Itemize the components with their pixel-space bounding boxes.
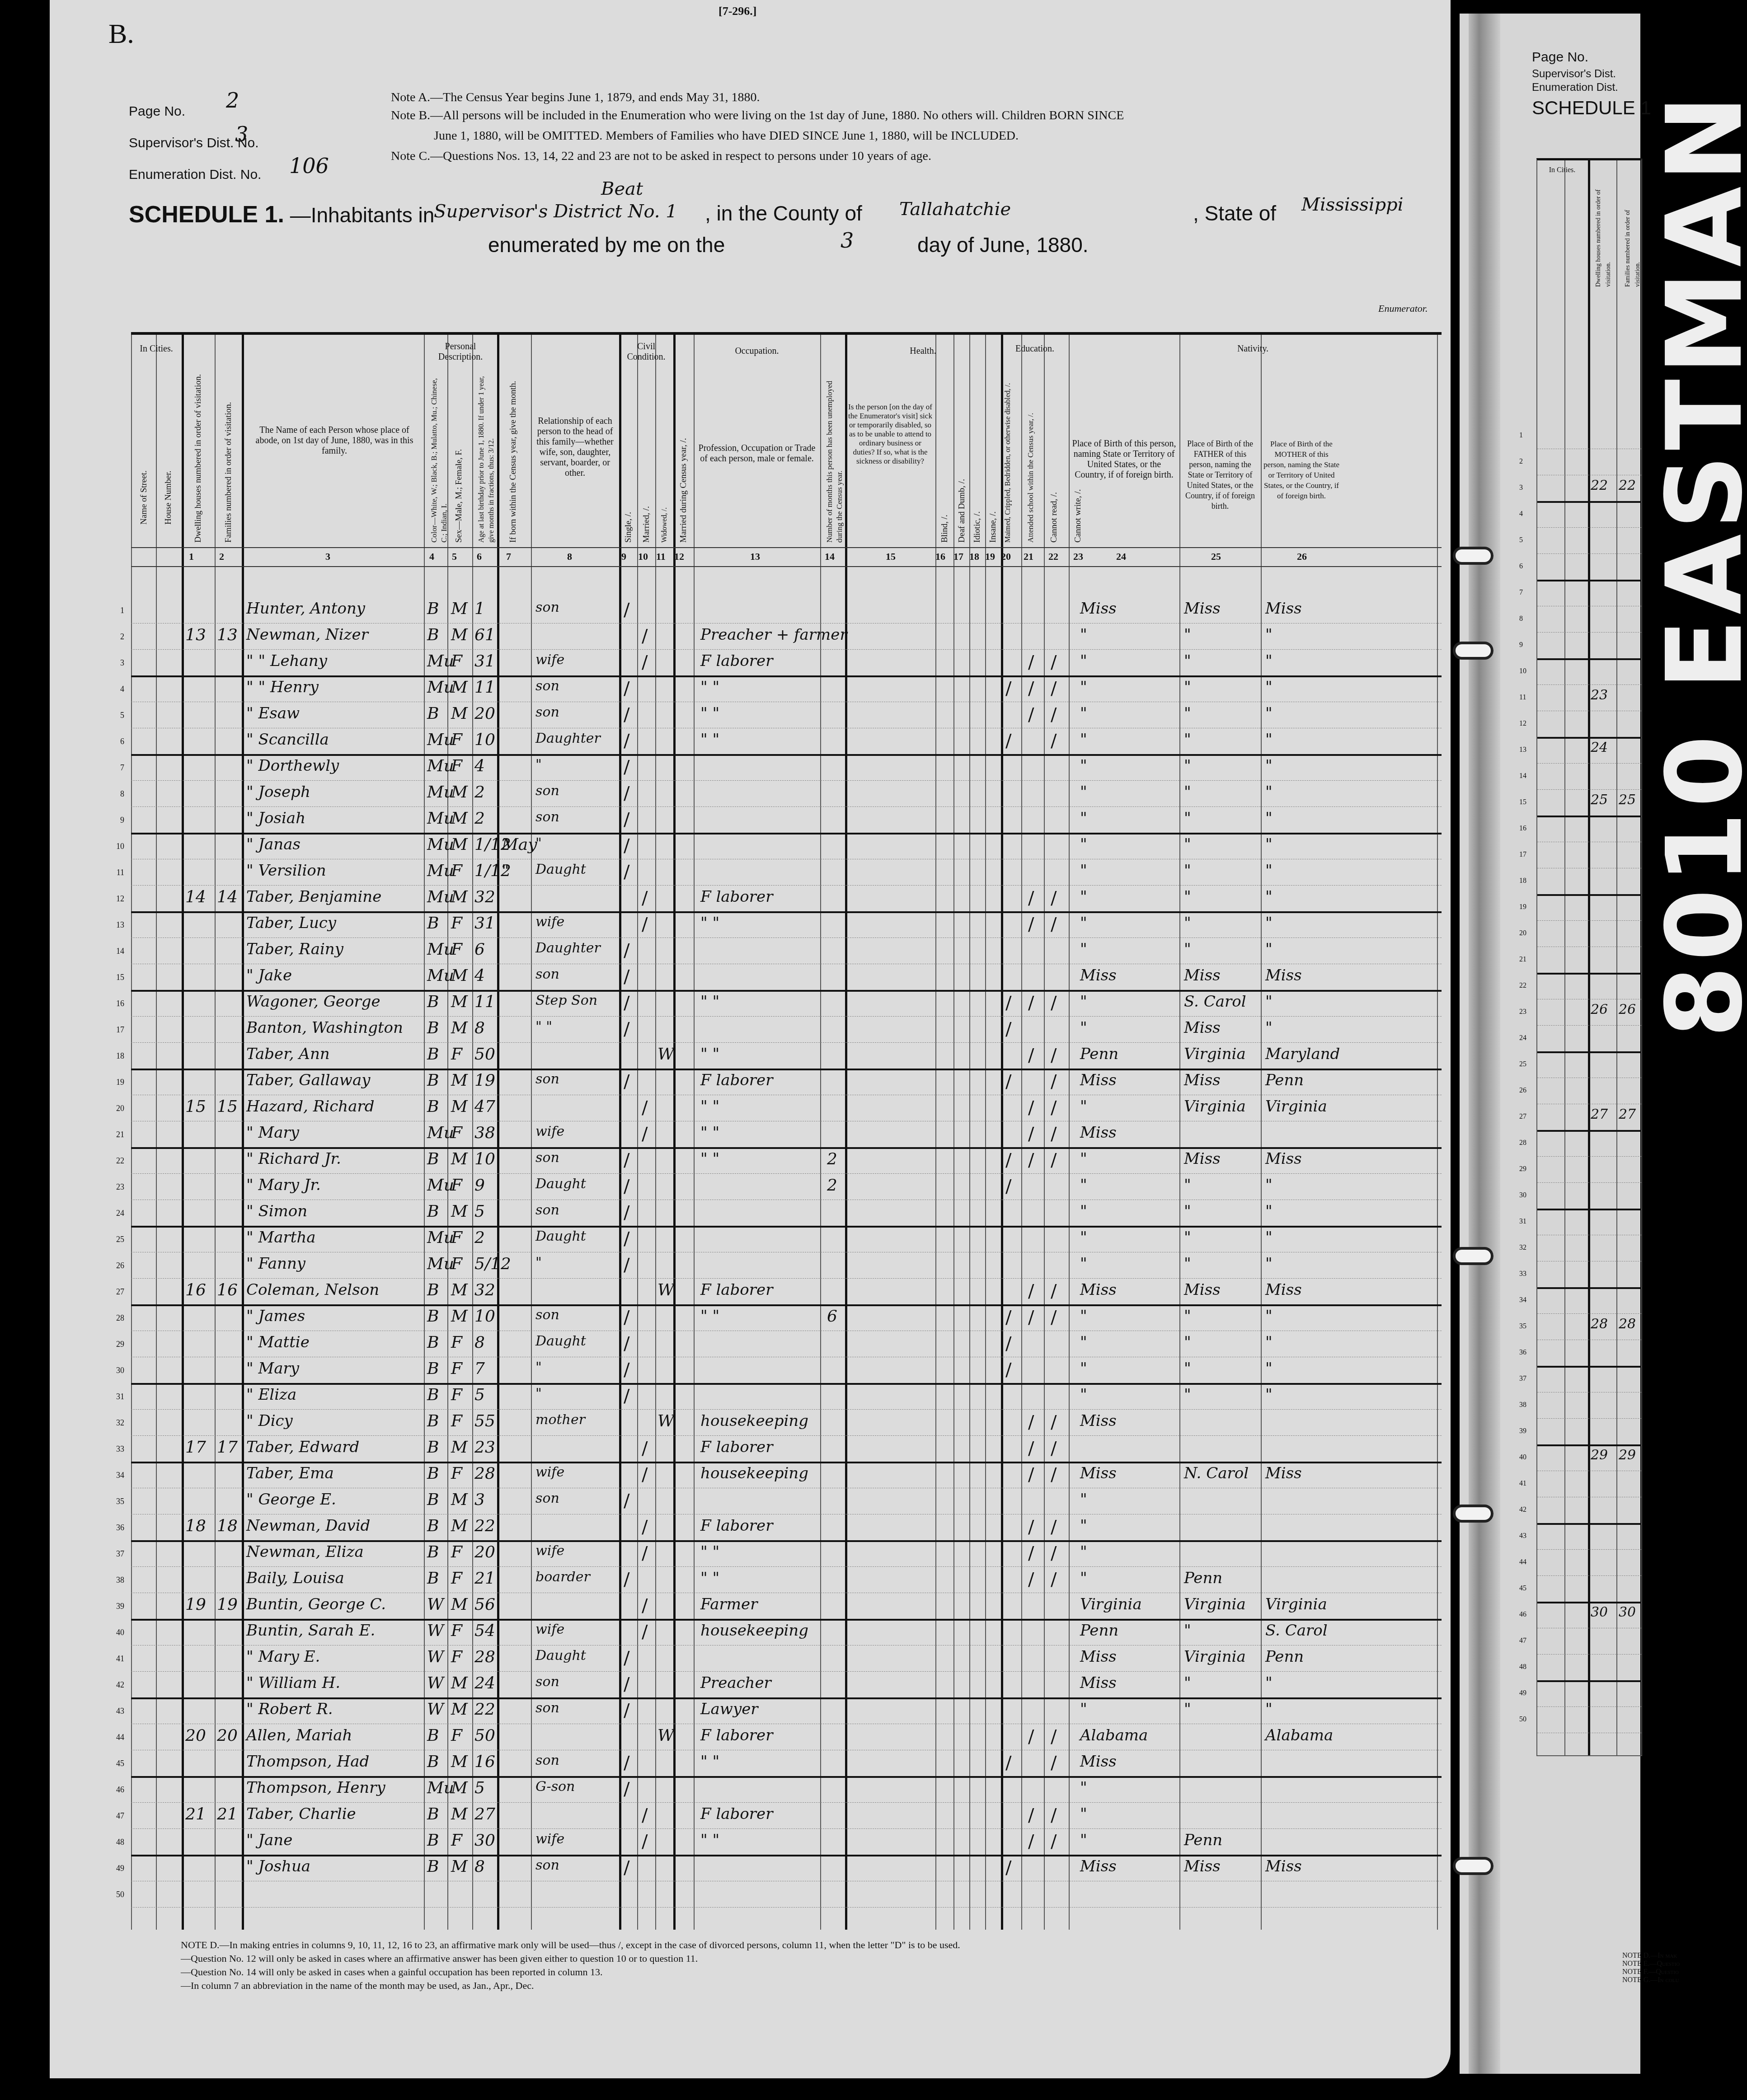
cell-dwelling: 13 (185, 626, 206, 644)
cell-age: 19 (474, 1071, 495, 1090)
table-row: 5" EsawBM20son/" "//""" (131, 702, 1442, 728)
cell-sex: F (451, 940, 462, 959)
cell-name: " Scancilla (246, 731, 329, 749)
facing-dwelling-value: 23 (1591, 687, 1608, 703)
line-number: 15 (111, 973, 124, 982)
cell-father: Miss (1184, 1150, 1221, 1168)
cell-widowed: W (657, 1726, 674, 1745)
cell-mother: Virginia (1265, 1595, 1327, 1613)
header-house-number: House Number. (164, 416, 174, 525)
cell-name: " Robert R. (246, 1700, 333, 1718)
cell-mother: Penn (1265, 1071, 1304, 1089)
facing-table-row: 352828 (1537, 1313, 1641, 1340)
cell-school: / (1005, 1753, 1011, 1773)
cell-color: W (427, 1674, 444, 1692)
cell-mother: " (1265, 652, 1273, 670)
line-number: 21 (111, 1130, 124, 1139)
header-occupation: Occupation. (694, 346, 820, 356)
line-number: 34 (111, 1471, 124, 1480)
cell-name: " " Lehany (246, 652, 327, 670)
cell-single: / (624, 600, 629, 620)
facing-page-no-label: Page No. (1532, 50, 1588, 65)
table-row: 391919Buntin, George C.WM56/FarmerVirgin… (131, 1593, 1442, 1621)
facing-family-value: 22 (1619, 478, 1636, 493)
cell-read: / (1028, 1569, 1034, 1590)
cell-birth: " (1080, 888, 1087, 906)
cell-name: " Dicy (246, 1412, 293, 1430)
cell-age: 6 (474, 940, 485, 959)
note-d: NOTE D.—In making entries in columns 9, … (181, 1938, 960, 1952)
cell-name: " Richard Jr. (246, 1150, 341, 1168)
enumerator-label: Enumerator. (1378, 303, 1428, 314)
cell-read: / (1028, 1438, 1034, 1459)
cell-occupation: " " (700, 1753, 719, 1771)
table-row: 23" Mary Jr.MuF9Daught/2/""" (131, 1173, 1442, 1200)
facing-table-row: 4 (1537, 501, 1641, 528)
cell-name: Taber, Charlie (246, 1805, 356, 1823)
cell-father: Miss (1184, 1281, 1221, 1299)
cell-age: 8 (474, 1857, 485, 1876)
cell-age: 50 (474, 1726, 495, 1745)
cell-write: / (1051, 1071, 1057, 1092)
cell-relation: wife (535, 1622, 564, 1637)
cell-sex: F (451, 914, 462, 933)
cell-sex: M (451, 1857, 468, 1876)
state-label: , State of (1193, 201, 1276, 225)
column-number: 19 (985, 551, 995, 562)
cell-write: / (1051, 1438, 1057, 1459)
cell-father: " (1184, 1700, 1191, 1718)
header-deaf-dumb: Deaf and Dumb, /. (957, 448, 967, 543)
cell-color: B (427, 1045, 439, 1064)
cell-sex: F (451, 1228, 462, 1247)
cell-name: Newman, David (246, 1517, 370, 1535)
cell-age: 61 (474, 626, 495, 644)
cell-color: B (427, 1019, 439, 1037)
census-table: In Cities. Name of Street. House Number.… (131, 332, 1442, 1930)
cell-single: / (624, 1071, 629, 1092)
facing-table-row: 31 (1537, 1209, 1641, 1235)
cell-mother: " (1265, 757, 1273, 775)
enumeration-dist-value: 106 (289, 154, 329, 178)
cell-read: / (1028, 1045, 1034, 1066)
cell-write: / (1051, 888, 1057, 909)
cell-birth: " (1080, 1543, 1087, 1561)
cell-father: " (1184, 626, 1191, 644)
note-c: Note C.—Questions Nos. 13, 14, 22 and 23… (391, 149, 931, 164)
cell-birth: " (1080, 1700, 1087, 1718)
inhabitants-correction: Beat (601, 178, 643, 199)
cell-school: / (1005, 731, 1011, 751)
line-number: 50 (111, 1890, 124, 1899)
cell-sex: M (451, 1753, 468, 1771)
cell-birth: Miss (1080, 1124, 1117, 1142)
cell-birth: " (1080, 1386, 1087, 1404)
cell-dwelling: 15 (185, 1097, 206, 1116)
cell-age: 56 (474, 1595, 495, 1614)
cell-color: B (427, 626, 439, 644)
cell-write: / (1051, 1805, 1057, 1826)
cell-relation: wife (535, 1831, 564, 1847)
cell-occupation: " " (700, 704, 719, 722)
cell-mother: Virginia (1265, 1097, 1327, 1116)
cell-name: Banton, Washington (246, 1019, 403, 1037)
line-number: 9 (111, 816, 124, 825)
cell-father: " (1184, 731, 1191, 749)
cell-name: " Jane (246, 1831, 292, 1849)
table-row: 40Buntin, Sarah E.WF54wife/housekeepingP… (131, 1619, 1442, 1645)
cell-write: / (1051, 1097, 1057, 1118)
table-row: 271616Coleman, NelsonBM32WF laborer//Mis… (131, 1278, 1442, 1306)
binding-ring-icon (1453, 1857, 1493, 1875)
cell-family: 14 (217, 888, 238, 906)
cell-occupation: F laborer (700, 1726, 773, 1744)
cell-married: / (642, 1543, 648, 1564)
cell-father: " (1184, 678, 1191, 696)
cell-mother: " (1265, 678, 1273, 696)
facing-table-row: 29 (1537, 1156, 1641, 1183)
table-row: 26" FannyMuF5/12"/""" (131, 1252, 1442, 1279)
cell-relation: " " (535, 1019, 552, 1035)
cell-single: / (624, 783, 629, 804)
line-number: 12 (111, 894, 124, 904)
cell-single: / (624, 862, 629, 882)
cell-sex: M (451, 888, 468, 906)
cell-age: 22 (474, 1517, 495, 1535)
cell-name: Newman, Eliza (246, 1543, 364, 1561)
cell-write: / (1051, 652, 1057, 673)
column-number: 5 (452, 551, 457, 562)
cell-name: " Mary E. (246, 1648, 320, 1666)
cell-age: 3 (474, 1491, 485, 1509)
cell-relation: son (535, 1150, 559, 1166)
table-row: 8" JosephMuM2son/""" (131, 780, 1442, 807)
cell-birth: " (1080, 1097, 1087, 1116)
cell-sex: F (451, 1333, 462, 1352)
cell-relation: son (535, 1071, 559, 1087)
table-row: 17Banton, WashingtonBM8" "//"Miss" (131, 1016, 1442, 1043)
cell-occupation: F laborer (700, 1281, 773, 1299)
cell-name: " Versilion (246, 862, 326, 880)
cell-occupation: " " (700, 1124, 719, 1142)
line-number: 18 (111, 1051, 124, 1061)
inhabitants-label: —Inhabitants in (290, 203, 435, 227)
facing-family-value: 26 (1619, 1002, 1636, 1017)
binding-ring-icon (1453, 547, 1493, 565)
header-months-unemployed: Number of months this person has been un… (825, 362, 845, 543)
cell-relation: son (535, 966, 559, 982)
line-number: 8 (111, 789, 124, 799)
header-name: The Name of each Person whose place of a… (253, 425, 416, 456)
facing-table-row: 50 (1537, 1706, 1641, 1733)
note-a: Note A.—The Census Year begins June 1, 1… (391, 90, 760, 105)
facing-table-row: 463030 (1537, 1602, 1641, 1628)
note-f: —Question No. 14 will only be asked in c… (181, 1965, 960, 1979)
cell-mother: " (1265, 1333, 1273, 1351)
header-color: Color—White, W.; Black, B.; Mulatto, Mu.… (429, 371, 449, 543)
cell-write: / (1051, 1124, 1057, 1144)
form-number: [7-296.] (719, 5, 756, 18)
cell-name: " Dorthewly (246, 757, 339, 775)
inhabitants-value: Supervisor's District No. 1 (434, 201, 677, 222)
cell-color: B (427, 993, 439, 1011)
table-row: 201515Hazard, RichardBM47/" "//"Virginia… (131, 1095, 1442, 1121)
line-number: 28 (111, 1313, 124, 1323)
cell-relation: Daughter (535, 731, 601, 746)
binding-ring-icon (1453, 1247, 1493, 1265)
cell-mother: " (1265, 1176, 1273, 1194)
cell-single: / (624, 1491, 629, 1511)
cell-married: / (642, 914, 648, 935)
cell-relation: " (535, 1359, 542, 1375)
cell-father: Virginia (1184, 1045, 1246, 1063)
cell-color: B (427, 1543, 439, 1561)
cell-occupation: F laborer (700, 1438, 773, 1456)
line-number: 31 (111, 1392, 124, 1402)
cell-color: Mu (427, 888, 454, 906)
cell-read: / (1028, 993, 1034, 1013)
table-row: 49" JoshuaBM8son//MissMissMiss (131, 1855, 1442, 1881)
cell-color: W (427, 1595, 444, 1614)
enumerated-day: 3 (841, 228, 854, 253)
cell-sex: M (451, 1674, 468, 1692)
cell-write: / (1051, 1569, 1057, 1590)
cell-widowed: W (657, 1281, 674, 1299)
cell-mother: " (1265, 704, 1273, 722)
column-number: 9 (621, 551, 626, 562)
facing-table-row: 1 (1537, 422, 1641, 449)
line-number: 4 (111, 684, 124, 694)
cell-single: / (624, 1700, 629, 1721)
cell-read: / (1028, 914, 1034, 935)
cell-father: " (1184, 1255, 1191, 1273)
cell-birth: " (1080, 678, 1087, 696)
cell-occupation: housekeeping (700, 1622, 808, 1640)
cell-birth: " (1080, 1307, 1087, 1325)
table-row: 46Thompson, HenryMuM5G-son/" (131, 1776, 1442, 1803)
cell-single: / (624, 1779, 629, 1800)
cell-mother: Miss (1265, 1464, 1302, 1482)
cell-mother: " (1265, 809, 1273, 827)
cell-color: Mu (427, 678, 454, 697)
facing-table-row: 16 (1537, 816, 1641, 842)
header-education: Education. (1001, 344, 1069, 354)
cell-birth: " (1080, 1202, 1087, 1220)
cell-write: / (1051, 1150, 1057, 1171)
cell-family: 16 (217, 1281, 238, 1299)
cell-occupation: Lawyer (700, 1700, 758, 1718)
cell-color: B (427, 1569, 439, 1588)
line-number: 48 (111, 1837, 124, 1847)
cell-sex: F (451, 1831, 462, 1850)
cell-sex: M (451, 966, 468, 985)
cell-mother: " (1265, 1307, 1273, 1325)
cell-birth: Miss (1080, 1648, 1117, 1666)
cell-sex: F (451, 1464, 462, 1483)
header-married-during-year: Married during Census year, /. (679, 380, 689, 543)
cell-birth: Miss (1080, 1857, 1117, 1875)
cell-school: / (1005, 678, 1011, 699)
facing-dwelling-value: 24 (1591, 740, 1608, 755)
table-row: 16Wagoner, GeorgeBM11Step Son/" "///"S. … (131, 990, 1442, 1017)
cell-sex: F (451, 1045, 462, 1064)
cell-name: " William H. (246, 1674, 340, 1692)
table-row: 30" MaryBF7"//""" (131, 1357, 1442, 1385)
cell-write: / (1051, 993, 1057, 1013)
facing-table-row: 28 (1537, 1130, 1641, 1157)
cell-relation: son (535, 1857, 559, 1873)
cell-sex: M (451, 1202, 468, 1221)
cell-relation: son (535, 809, 559, 825)
cell-father: " (1184, 1622, 1191, 1640)
facing-dwelling-value: 29 (1591, 1447, 1608, 1463)
table-row: 50 (131, 1881, 1442, 1908)
facing-table-row: 19 (1537, 894, 1641, 921)
cell-single: / (624, 1648, 629, 1669)
facing-table-row: 30 (1537, 1182, 1641, 1210)
cell-birth: Miss (1080, 1464, 1117, 1482)
note-b-cont: June 1, 1880, will be OMITTED. Members o… (434, 129, 1019, 143)
facing-dwelling-value: 30 (1591, 1604, 1608, 1620)
cell-single: / (624, 1255, 629, 1275)
column-number: 1 (189, 551, 194, 562)
header-widowed-divorced: Widowed, /. (660, 425, 670, 543)
column-number: 14 (825, 551, 835, 562)
cell-married: / (642, 1517, 648, 1537)
cell-name: " Fanny (246, 1255, 305, 1273)
cell-father: Virginia (1184, 1097, 1246, 1116)
cell-mother: Miss (1265, 1857, 1302, 1875)
cell-color: B (427, 1150, 439, 1168)
facing-schedule-label: SCHEDULE 1 (1532, 97, 1651, 119)
cell-name: Thompson, Had (246, 1753, 369, 1771)
cell-color: B (427, 1307, 439, 1326)
line-number: 3 (111, 658, 124, 668)
header-married: Married, /. (642, 470, 652, 543)
cell-name: Taber, Benjamine (246, 888, 381, 906)
cell-unemployed: 2 (827, 1150, 837, 1168)
enumerated-label: enumerated by me on the (488, 233, 725, 257)
cell-father: " (1184, 1228, 1191, 1247)
column-number: 13 (750, 551, 760, 562)
page-no-value: 2 (226, 88, 239, 112)
cell-sex: M (451, 1491, 468, 1509)
line-number: 35 (111, 1497, 124, 1506)
cell-sex: F (451, 1622, 462, 1640)
cell-single: / (624, 1228, 629, 1249)
note-b: Note B.—All persons will be included in … (391, 108, 1124, 123)
cell-dwelling: 18 (185, 1517, 206, 1535)
column-number: 10 (638, 551, 648, 562)
line-number: 17 (111, 1025, 124, 1035)
cell-name: " Joseph (246, 783, 310, 801)
cell-age: 2 (474, 1228, 485, 1247)
header-name-of-street: Name of Street. (139, 416, 149, 525)
cell-father: " (1184, 1307, 1191, 1325)
table-row: 9" JosiahMuM2son/""" (131, 806, 1442, 834)
cell-color: Mu (427, 835, 454, 854)
cell-single: / (624, 1202, 629, 1223)
cell-write: / (1051, 1045, 1057, 1066)
cell-father: " (1184, 835, 1191, 853)
cell-father: " (1184, 1333, 1191, 1351)
facing-table-row: 24 (1537, 1025, 1641, 1053)
cell-sex: F (451, 1176, 462, 1195)
line-number: 37 (111, 1549, 124, 1559)
cell-sex: F (451, 731, 462, 749)
header-families: Families numbered in order of visitation… (224, 353, 234, 543)
cell-single: / (624, 809, 629, 830)
cell-age: 8 (474, 1333, 485, 1352)
line-number: 5 (111, 711, 124, 720)
cell-age: 21 (474, 1569, 495, 1588)
cell-color: B (427, 1097, 439, 1116)
cell-dwelling: 16 (185, 1281, 206, 1299)
cell-father: Miss (1184, 1857, 1221, 1875)
cell-read: / (1028, 1150, 1034, 1171)
table-row: 28" JamesBM10son/" "6///""" (131, 1304, 1442, 1331)
cell-sex: F (451, 1543, 462, 1561)
cell-sex: F (451, 1726, 462, 1745)
cell-birth: " (1080, 809, 1087, 827)
cell-name: Taber, Rainy (246, 940, 343, 958)
column-number: 21 (1024, 551, 1033, 562)
cell-age: 5 (474, 1202, 485, 1221)
sheet-letter: B. (108, 18, 134, 50)
binding-spine (1469, 14, 1500, 2074)
cell-relation: G-son (535, 1779, 575, 1795)
cell-sex: M (451, 783, 468, 802)
table-row: 24" SimonBM5son/""" (131, 1200, 1442, 1228)
cell-name: " George E. (246, 1491, 336, 1509)
schedule-title: SCHEDULE 1. —Inhabitants in (129, 201, 434, 228)
cell-relation: boarder (535, 1569, 590, 1585)
cell-father: " (1184, 783, 1191, 801)
cell-sex: F (451, 1648, 462, 1666)
column-number: 6 (477, 551, 482, 562)
facing-table-row: 26 (1537, 1078, 1641, 1104)
cell-birth: " (1080, 1491, 1087, 1509)
cell-age: 54 (474, 1622, 495, 1640)
facing-table-row: 1324 (1537, 737, 1641, 764)
cell-birth: Miss (1080, 1412, 1117, 1430)
cell-write: / (1051, 678, 1057, 699)
table-row: 29" MattieBF8Daught//""" (131, 1331, 1442, 1357)
line-number: 32 (111, 1418, 124, 1428)
facing-in-cities: In Cities. (1537, 165, 1587, 175)
cell-color: Mu (427, 652, 454, 670)
header-maimed: Maimed, Crippled, Bedridden, or otherwis… (1003, 353, 1013, 543)
cell-mother: " (1265, 1386, 1273, 1404)
line-number: 16 (111, 999, 124, 1008)
cell-mother: Alabama (1265, 1726, 1333, 1744)
facing-table-row: 34 (1537, 1287, 1641, 1314)
cell-sex: M (451, 835, 468, 854)
cell-name: " Eliza (246, 1386, 296, 1404)
cell-color: B (427, 1517, 439, 1535)
cell-age: 2 (474, 809, 485, 828)
line-number: 47 (111, 1811, 124, 1821)
cell-school: / (1005, 1150, 1011, 1171)
film-label: 8010 EASTMAN (1645, 90, 1747, 1038)
cell-father: " (1184, 704, 1191, 722)
cell-age: 10 (474, 1150, 495, 1168)
cell-age: 38 (474, 1124, 495, 1142)
cell-single: / (624, 1569, 629, 1590)
cell-write: / (1051, 1307, 1057, 1328)
cell-married: / (642, 1464, 648, 1485)
cell-color: Mu (427, 940, 454, 959)
